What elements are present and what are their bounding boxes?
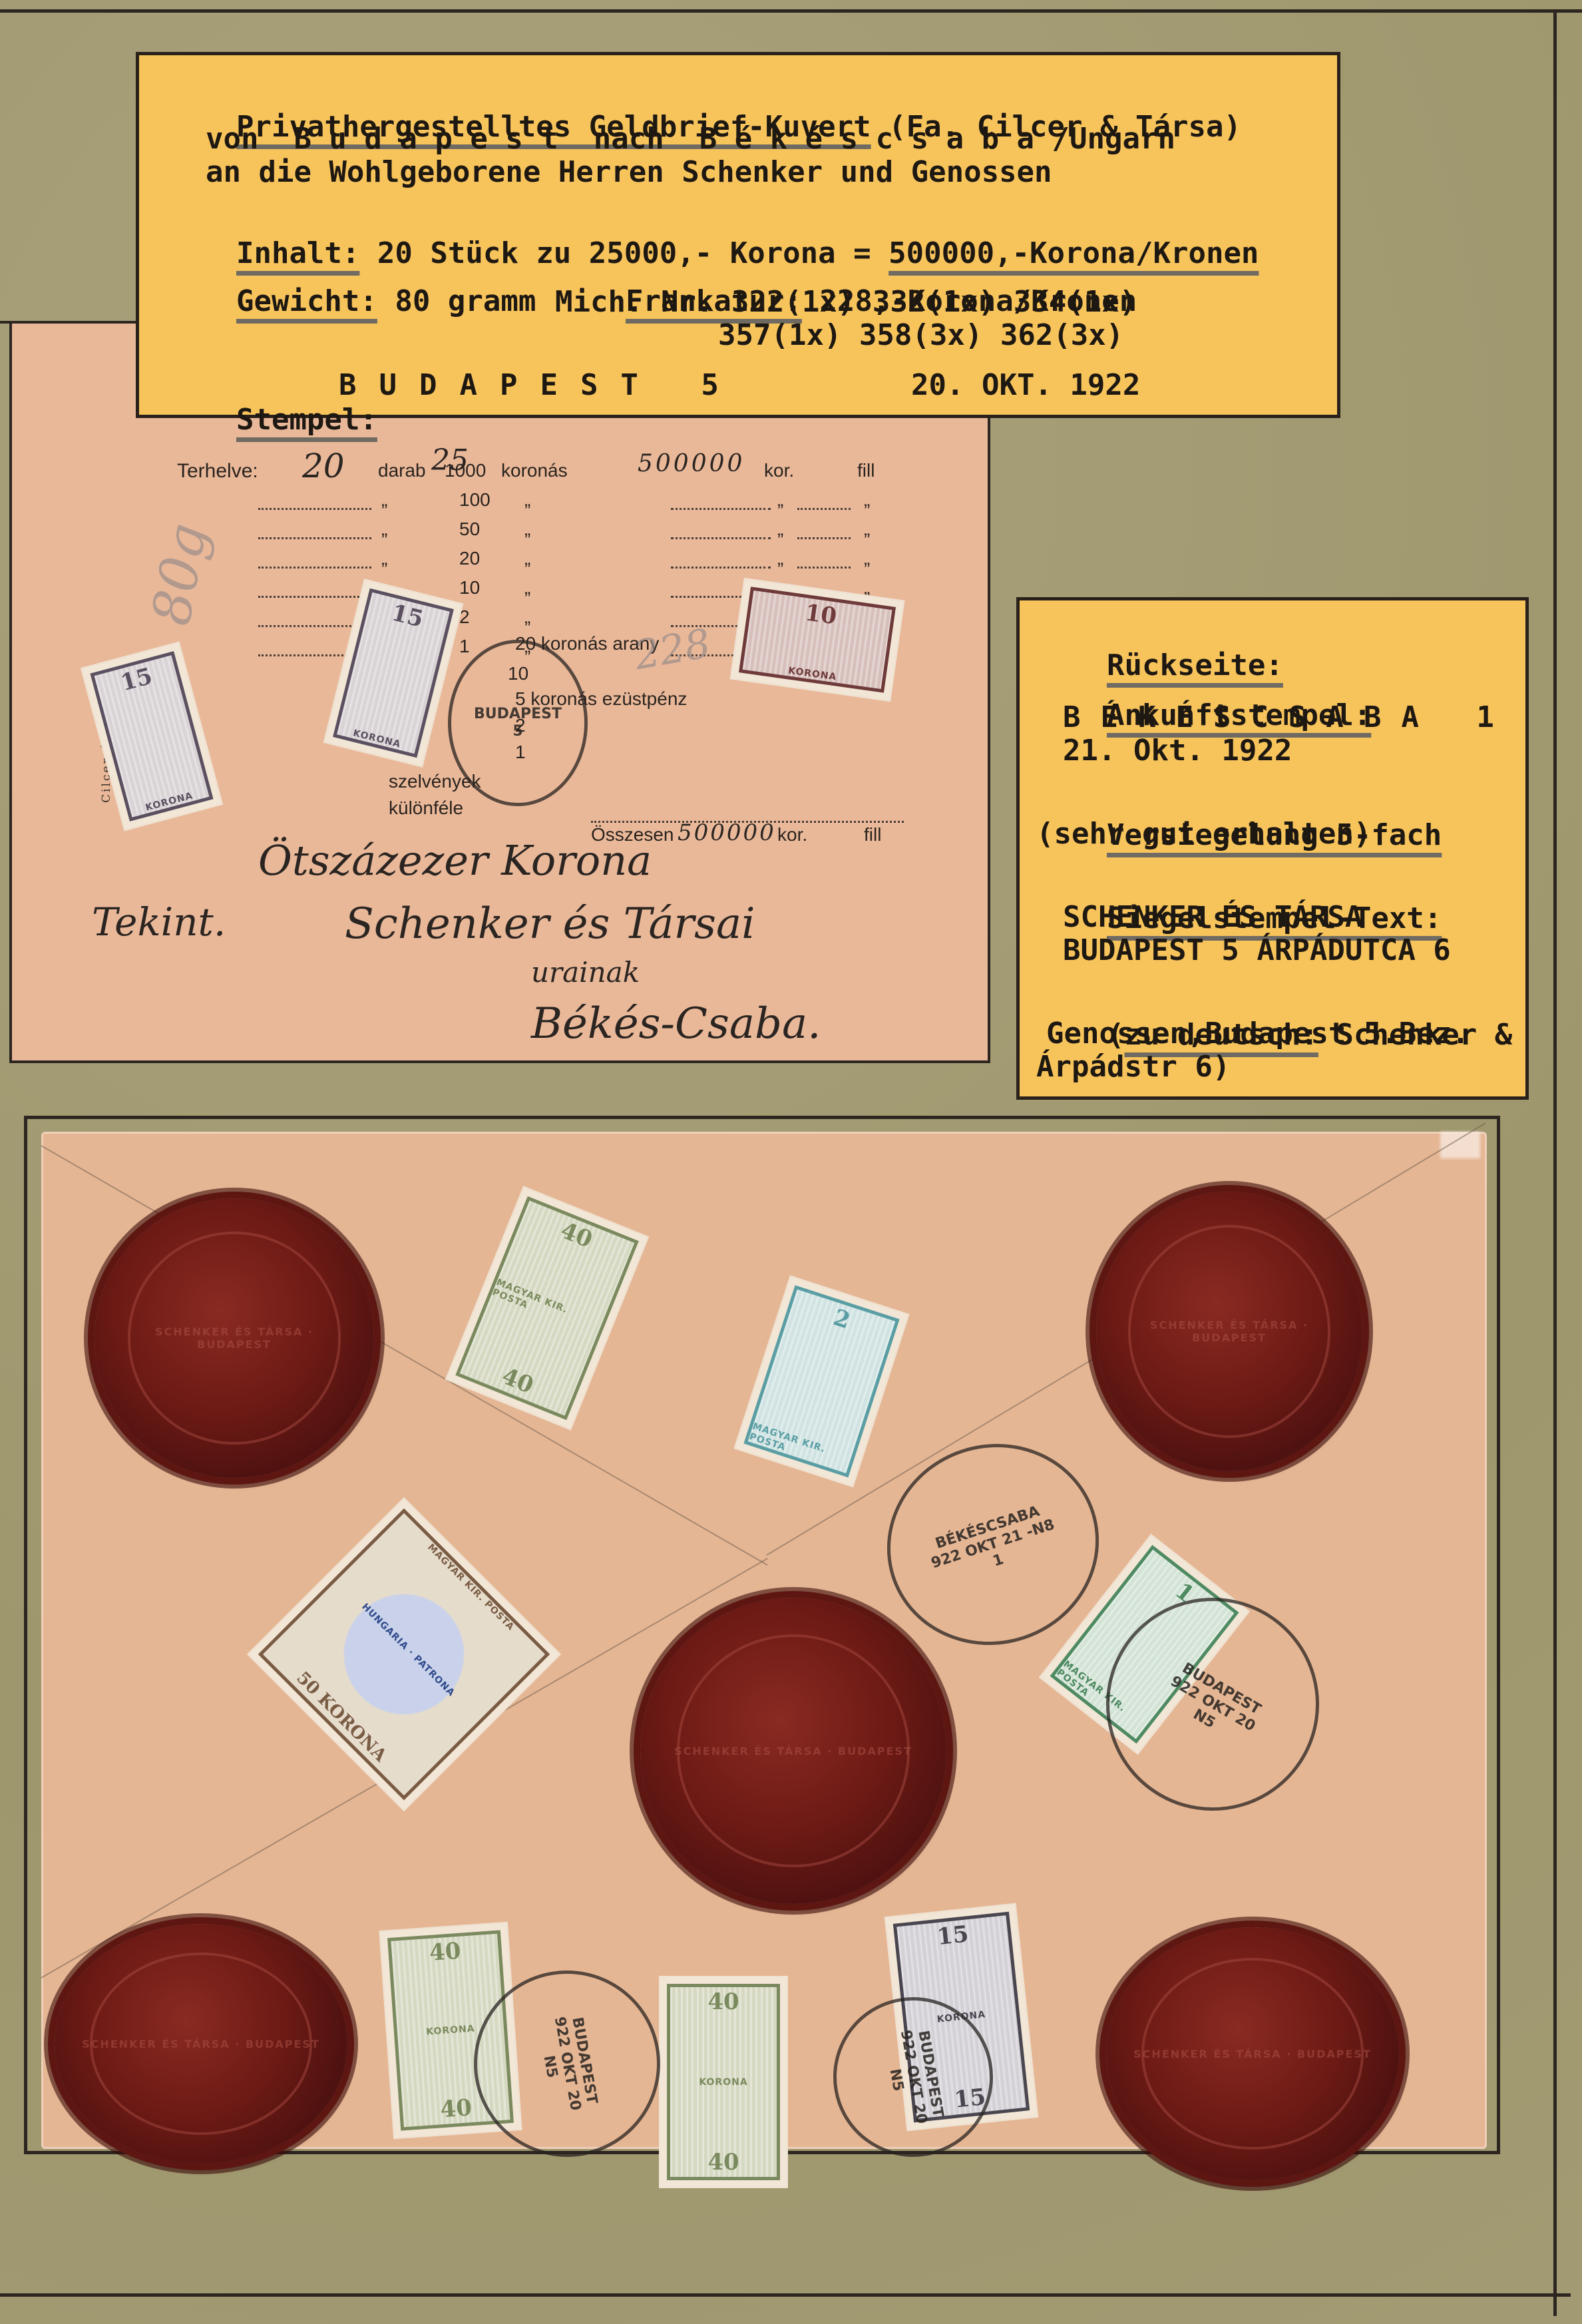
handwritten-total: 500000 [678,819,776,846]
seal-imprint: SCHENKER ÉS TÁRSA · BUDAPEST [640,1598,946,1904]
back-cover: SCHENKER ÉS TÁRSA · BUDAPEST SCHENKER ÉS… [41,1132,1487,2149]
wax-seal-bottom-left: SCHENKER ÉS TÁRSA · BUDAPEST [55,1924,347,2164]
front-stamp-10-korona: 10 KORONA [731,579,904,700]
form-dotted-line [258,508,371,510]
stamp-value: 40 [425,1936,466,1968]
front-cover: Cilcer és Társa Terhelve: 20 darab 25 10… [9,321,990,1063]
seal-text-line1: SCHENKER ÉS TÁRSA [1063,900,1362,935]
info-weight-row: Gewicht: 80 gramm [166,250,536,353]
frame-line-right [1553,9,1557,2316]
form-ditto-mark: „ [864,577,870,598]
form-denomination: 20 [459,548,480,569]
arrival-date: 21. Okt. 1922 [1063,734,1292,768]
handwritten-destination: Békés-Csaba. [531,999,821,1048]
form-ditto-mark: „ [777,519,783,540]
form-denomination: 50 [459,519,480,540]
form-ditto-mark: „ [777,548,783,569]
back-stamp-40-korona-top: 40 MAGYAR KIR. POSTA 40 [447,1188,648,1429]
info-route: von B u d a p e s t nach B é k é s c s a… [206,122,1175,156]
wax-seal-bottom-right: SCHENKER ÉS TÁRSA · BUDAPEST [1106,1927,1399,2180]
back-stamp-40-korona-bottom-center: 40 KORONA 40 [660,1977,787,2187]
form-koronas-label: koronás [501,460,568,481]
stamp-value: 15 [385,597,430,635]
stamp-value: 50 KORONA [289,1664,394,1769]
stamp-unit: KORONA [426,2023,475,2037]
form-dotted-line [258,567,371,569]
stamp-unit: KORONA [352,728,402,750]
form-kor-label: kor. [764,460,794,481]
form-dotted-line [671,567,771,569]
form-ditto-mark: „ [381,489,387,511]
stamp-value: 15 [932,1919,974,1953]
form-denomination: 2 [459,606,470,628]
info-postmark-label: Stempel: [236,403,377,437]
form-ditto-mark: „ [777,489,783,511]
form-denomination: 10 [459,577,480,598]
seal-imprint: SCHENKER ÉS TÁRSA · BUDAPEST [95,1198,374,1478]
form-dotted-line [671,508,771,510]
form-ditto-mark: „ [524,489,530,511]
form-dotted-line [258,596,371,598]
form-ditto-mark: „ [524,577,530,598]
back-stamp-2-korona: 2 MAGYAR KIR. POSTA [735,1277,908,1486]
form-ditto-mark: „ [524,548,530,569]
handwritten-amount: 500000 [638,450,745,477]
form-total-kor: kor. [777,824,807,845]
front-postmark-budapest: BUDAPEST 5 [448,640,588,806]
stamp-unit: KORONA [699,2077,747,2088]
form-misc-kulonfele: különféle [389,798,463,819]
stamp-label: MAGYAR KIR. POSTA [425,1542,516,1633]
stamp-unit: KORONA [787,665,837,682]
wax-seal-center: SCHENKER ÉS TÁRSA · BUDAPEST [640,1598,946,1904]
form-ditto-mark: „ [524,519,530,540]
form-ditto-mark: „ [381,548,387,569]
stamp-frame: 40 MAGYAR KIR. POSTA 40 [455,1196,639,1420]
stamp-value: 15 [114,660,160,699]
pencil-weight-mark: 80g [140,519,218,630]
form-ditto-mark: „ [864,519,870,540]
reverse-card: Rückseite: Ankunftstempel: BÉKÉSCSABA 1 … [1016,597,1529,1100]
wax-seal-top-left: SCHENKER ÉS TÁRSA · BUDAPEST [95,1198,374,1478]
arrival-place: BÉKÉSCSABA 1 [1063,700,1514,735]
form-dotted-line [258,537,371,539]
info-michel-line1: Mich. Nr. 322(1x) 332(1x) 334(1x) [555,285,1137,320]
stamp-frame: 2 MAGYAR KIR. POSTA [743,1285,899,1478]
translation-line3: Árpádstr 6) [1036,1050,1230,1084]
form-label-darab: darab [378,460,426,481]
form-ditto-mark: „ [524,606,530,628]
frame-line-top [0,9,1582,13]
seal-imprint: SCHENKER ÉS TÁRSA · BUDAPEST [55,1924,347,2164]
form-denomination: 100 [459,489,491,511]
form-dotted-line [671,537,771,539]
stamp-inscription: HUNGARIA · PATRONA [359,1602,457,1699]
stamp-frame: MAGYAR KIR. POSTA HUNGARIA · PATRONA 50 … [258,1509,550,1800]
form-dotted-line [797,537,851,539]
form-denomination: 1000 [445,460,486,481]
info-weight-label: Gewicht: [236,284,377,318]
form-ditto-mark: „ [864,489,870,511]
handwritten-salutation: Tekint. [92,899,226,945]
handwritten-urainak: urainak [531,956,640,989]
info-postmark-date: 20. OKT. 1922 [911,368,1140,403]
stamp-frame: 15 KORONA [333,588,454,758]
translation-line2: Genossen,Budapest 5.Bez. [1046,1017,1470,1051]
stamp-value: 40 [703,1987,743,2016]
stamp-value-bottom: 40 [703,2148,743,2177]
form-fill-label: fill [857,460,875,481]
stamp-unit: KORONA [144,790,194,813]
info-addressee: an die Wohlgeborene Herren Schenker und … [206,155,1052,190]
form-ditto-mark: „ [381,519,387,540]
stamp-value: 10 [799,597,843,632]
form-ditto-mark: „ [864,548,870,569]
seal-imprint: SCHENKER ÉS TÁRSA · BUDAPEST [1096,1192,1362,1471]
seal-text-line2: BUDAPEST 5 ÁRPÁDUTCA 6 [1063,933,1451,968]
stamp-frame: 40 KORONA 40 [667,1984,780,2180]
form-dotted-line [797,567,851,569]
stamp-label: MAGYAR KIR. POSTA [748,1421,853,1473]
form-total-fill: fill [864,824,881,845]
back-stamp-50-korona-diamond: MAGYAR KIR. POSTA HUNGARIA · PATRONA 50 … [249,1499,560,1810]
info-weight-value: 80 gramm [395,284,536,318]
wax-seal-top-right: SCHENKER ÉS TÁRSA · BUDAPEST [1096,1192,1362,1471]
stamp-label: MAGYAR KIR. POSTA [491,1277,604,1339]
sealing-note: (sehr gut erhalten) [1036,817,1371,851]
handwritten-amount-words: Ötszázezer Korona [258,836,652,885]
stamp-value: 40 [552,1214,600,1256]
frame-line-bottom [0,2293,1571,2297]
info-michel-line2: 357(1x) 358(3x) 362(3x) [718,318,1123,353]
stamp-frame: 10 KORONA [739,586,896,692]
pencil-franking-mark: 228 [631,620,714,680]
handwritten-addressee: Schenker és Társai [345,899,755,949]
stamp-value-bottom: 40 [494,1360,541,1402]
info-card: Privathergestelltes Geldbrief-Kuvert (Fa… [136,52,1340,418]
form-denomination: 1 [459,636,470,657]
form-dotted-line [797,508,851,510]
info-postmark-place: BUDAPEST 5 [339,368,741,403]
front-stamp-15-korona-center: 15 KORONA [325,581,462,766]
seal-imprint: SCHENKER ÉS TÁRSA · BUDAPEST [1106,1927,1399,2180]
stamp-value-bottom: 40 [435,2093,477,2125]
stamp-value: 2 [826,1301,858,1337]
